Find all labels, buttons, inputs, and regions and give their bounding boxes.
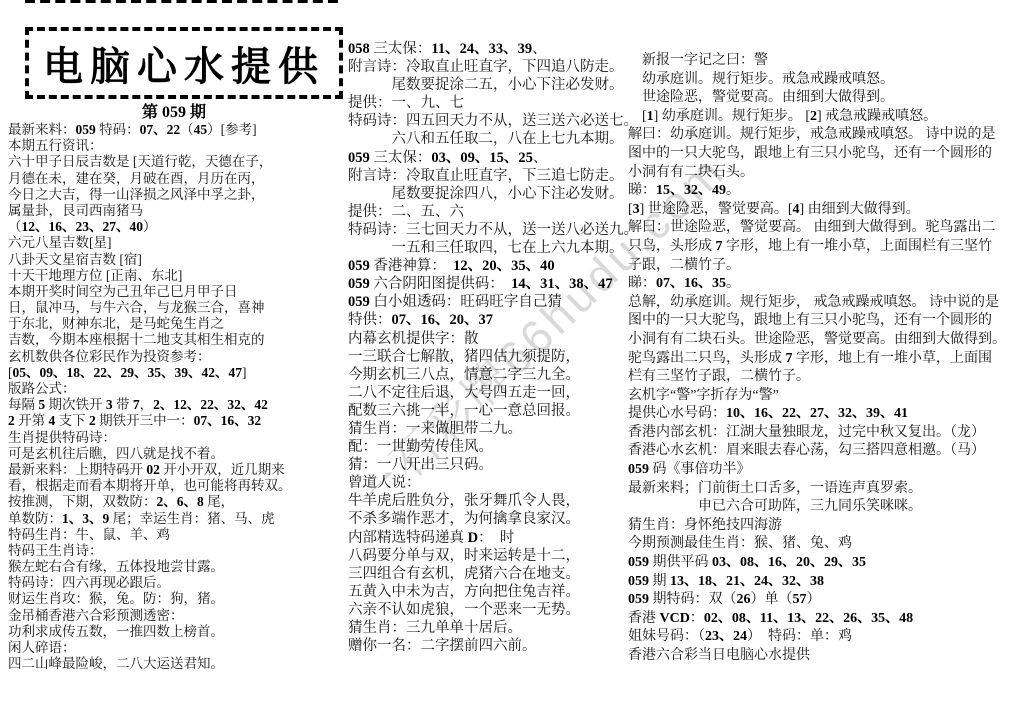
text-line: 小洞有有二块石头。 [628, 164, 1020, 183]
text-line: 六八和五任取二，八在上七九本期。 [348, 130, 638, 148]
text-line: 六十甲子日辰吉数是 [天道行乾，天德在子， [8, 154, 342, 170]
text-line: 属量卦，艮司西南猪马 [8, 203, 342, 219]
text-line: 只鸟，头形成 7 字形，地上有一堆小草，上面围栏有三坚竹 [628, 238, 1020, 257]
text-line: 按推测，下期，双数防：2、6、8 尾， [8, 494, 342, 510]
text-line: 总解，幼承庭训。规行矩步， 戒急戒躁戒嗔怒。 诗中说的是 [628, 294, 1020, 313]
text-line: 功利求成传五数，一推四数上榜首。 [8, 624, 342, 640]
text-line: 不杀多端作恶才，为何擒拿良家汉。 [348, 510, 638, 528]
text-line: 内部精选特码递真 D： 时 [348, 529, 638, 547]
text-line: 玄机字“警”字折存为“警” [628, 387, 1020, 406]
text-line: 可是玄机往后瞧，四八就是找不着。 [8, 446, 342, 462]
text-line: 栏有三坚竹子跟，二横竹子。 [628, 368, 1020, 387]
text-line: 牛羊虎后胜负分，张牙舞爪令人畏， [348, 492, 638, 510]
text-line: 2 开第 4 支下 2 期铁开三中一：07、16、32 [8, 413, 342, 429]
text-line: 六元八星吉数[星] [8, 235, 342, 251]
page: 电脑心水提供 第 059 期 一石彩牌66hudu.com 最新来料：059 特… [0, 0, 1024, 705]
text-line: 幼承庭训。规行矩步。戒急戒躁戒嗔怒。 [628, 71, 1020, 90]
middle-column: 058 三太保：11、24、33、39、附言诗：冷取直止旺直字，下四追八防走。 … [348, 40, 638, 655]
text-line: 解曰：幼承庭训。规行矩步，戒急戒躁戒嗔怒。 诗中说的是 [628, 126, 1020, 145]
text-line: 十天干地理方位 [正南、东北] [8, 268, 342, 284]
text-line: 最新来料：059 特码：07、22（45）[参考] [8, 122, 342, 138]
text-line: 提供心水号码：10、16、22、27、32、39、41 [628, 405, 1020, 424]
text-line: 财运生肖攻：猴，兔。防：狗，猪。 [8, 591, 342, 607]
text-line: 解曰：世途险恶，警觉要高。 由细到大做得到。驼鸟露出二 [628, 219, 1020, 238]
issue-label: 第 059 期 [8, 99, 340, 122]
text-line: 本期五行资讯： [8, 138, 342, 154]
text-line: 六亲不认如虎狼，一个恶来一无势。 [348, 601, 638, 619]
text-line: 猜：一八开出三只码。 [348, 456, 638, 474]
top-border-dash [25, 0, 338, 3]
text-line: 玄机数供各位彩民作为投资参考： [8, 349, 342, 365]
text-line: 尾数要捉涂二五，小心下注必发财。 [348, 76, 638, 94]
text-line: 059 期 13、18、21、24、32、38 [628, 573, 1020, 592]
text-line: 058 三太保：11、24、33、39、 [348, 40, 638, 58]
text-line: 姐妹号码：（23、24） 特码：单：鸡 [628, 628, 1020, 647]
text-line: 图中的一只大驼鸟，跟地上有三只小驼鸟，还有一个圆形的 [628, 145, 1020, 164]
text-line: 五黄入中未为吉，方向把住兔吉祥。 [348, 583, 638, 601]
text-line: 059 期供平码 03、08、16、20、29、35 [628, 554, 1020, 573]
text-line: 版路公式： [8, 381, 342, 397]
text-line: 一五和三任取四，七在上六九本期。 [348, 239, 638, 257]
text-line: 附言诗：冷取直止旺直字，下四追八防走。 [348, 58, 638, 76]
text-line: 月德在未，建在癸，月破在酉，月历在丙， [8, 171, 342, 187]
text-line: 尾数要捉涂四八，小心下注必发财。 [348, 185, 638, 203]
text-line: 今期预测最佳生肖：猴、猪、兔、鸡 [628, 535, 1020, 554]
page-title: 电脑心水提供 [43, 35, 325, 92]
text-line: 三四组合有玄机，虎猪六合在地支。 [348, 565, 638, 583]
text-line: 小洞有有二块石头。世途险恶，警觉要高。由细到大做得到。 [628, 331, 1020, 350]
text-line: 单数防：1、3、9 尾；幸运生肖：猪、马、虎 [8, 511, 342, 527]
text-line: 本期开奖时间空为己丑年己巳月甲子日 [8, 284, 342, 300]
text-line: 配：一世勤劳传佳风。 [348, 438, 638, 456]
text-line: 二八不定往后退，大号四五走一回， [348, 384, 638, 402]
text-line: [05、09、18、22、29、35、39、42、47] [8, 365, 342, 381]
text-line: 059 白小姐透码：旺码旺字自己猜 [348, 293, 638, 311]
text-line: 申已六合可助阵，三九同乐笑咪咪。 [628, 498, 1020, 517]
text-line: 金吊桶香港六合彩预测透密： [8, 608, 342, 624]
text-line: 特码诗：三七回天力不从，送一送八必送九。 [348, 221, 638, 239]
text-line: 新报一字记之曰：警 [628, 52, 1020, 71]
text-line: 猜生肖：身怀绝技四海游 [628, 517, 1020, 536]
text-line: 最新来料：上期特码开 02 开小开双，近几期来 [8, 462, 342, 478]
text-line: 内幕玄机提供字：散 [348, 330, 638, 348]
text-line: 猜生肖：一来做胆带二九。 [348, 420, 638, 438]
text-line: 059 香港神算： 12、20、35、40 [348, 257, 638, 275]
text-line: 今日之大吉，得一山泽损之风泽中孚之卦， [8, 187, 342, 203]
text-line: 子跟，二横竹子。 [628, 257, 1020, 276]
text-line: 睇：07、16、35。 [628, 275, 1020, 294]
text-line: 059 六合阴阳图提供码： 14、31、38、47 [348, 275, 638, 293]
text-line: 睇：15、32、49。 [628, 182, 1020, 201]
text-line: 特供：07、16、20、37 [348, 311, 638, 329]
text-line: 图中的一只大驼鸟，跟地上有三只小驼鸟，还有一个圆形的 [628, 312, 1020, 331]
text-line: 曾道人说： [348, 474, 638, 492]
text-line: 吉数，今期本座根据十二地支其相生相克的 [8, 332, 342, 348]
text-line: 最新来料；门前街土口舌多，一语连声真罗索。 [628, 480, 1020, 499]
text-line: [3] 世途险恶，警觉要高。[4] 由细到大做得到。 [628, 201, 1020, 220]
text-line: [1] 幼承庭训。规行矩步。 [2] 戒急戒躁戒嗔怒。 [628, 108, 1020, 127]
text-line: 附言诗：冷取直止旺直字，下三追七防走。 [348, 167, 638, 185]
text-line: 猜生肖：三九单单十居后。 [348, 619, 638, 637]
text-line: 特码王生肖诗： [8, 543, 342, 559]
text-line: 香港内部玄机：江湖大量独眼龙，过完中秋又复出。（龙） [628, 424, 1020, 443]
left-column: 最新来料：059 特码：07、22（45）[参考]本期五行资讯：六十甲子日辰吉数… [8, 122, 342, 672]
text-line: 配数三六挑一半，一心一意总回报。 [348, 402, 638, 420]
text-line: （12、16、23、27、40） [8, 219, 342, 235]
right-column: 新报一字记之曰：警 幼承庭训。规行矩步。戒急戒躁戒嗔怒。 世途险恶，警觉要高。由… [628, 52, 1020, 666]
text-line: 特码诗：四五回天力不从，送三送六必送七。 [348, 112, 638, 130]
text-line: 提供：二、五、六 [348, 203, 638, 221]
text-line: 世途险恶，警觉要高。由细到大做得到。 [628, 89, 1020, 108]
text-line: 四二山峰最险峻，二八大运送君知。 [8, 656, 342, 672]
text-line: 猴左蛇右合有缘，五体投地尝甘露。 [8, 559, 342, 575]
text-line: 每隔 5 期次铁开 3 带 7，2、12、22、32、42 [8, 397, 342, 413]
text-line: 日，鼠冲马，与牛六合，与龙猴三合，喜神 [8, 300, 342, 316]
text-line: 特码生肖：牛、鼠、羊、鸡 [8, 527, 342, 543]
text-line: 059 码《事倍功半》 [628, 461, 1020, 480]
text-line: 香港心水玄机：眉来眼去春心荡，勾三搭四意相邀。（马） [628, 442, 1020, 461]
text-line: 今期玄机三八点，情意二字三九全。 [348, 366, 638, 384]
text-line: 059 三太保：03、09、15、25、 [348, 149, 638, 167]
text-line: 特码诗：四六再现必跟后。 [8, 575, 342, 591]
text-line: 提供：一、九、七 [348, 94, 638, 112]
text-line: 香港六合彩当日电脑心水提供 [628, 647, 1020, 666]
text-line: 闲人碎语： [8, 640, 342, 656]
text-line: 看，根据走而看本期将开单，也可能将再转双。 [8, 478, 342, 494]
title-box: 电脑心水提供 [25, 27, 343, 99]
text-line: 赠你一名：二字摆前四六前。 [348, 637, 638, 655]
text-line: 一三联合七解散，猪四估九须提防， [348, 348, 638, 366]
text-line: 香港 VCD：02、08、11、13、22、26、35、48 [628, 610, 1020, 629]
text-line: 于东北，财神东北，是马蛇兔生肖之 [8, 316, 342, 332]
text-line: 八码要分单与双，时来运转是十二， [348, 547, 638, 565]
text-line: 驼鸟露出二只鸟，头形成 7 字形，地上有一堆小草，上面围 [628, 350, 1020, 369]
text-line: 八卦天文星宿吉数 [宿] [8, 252, 342, 268]
text-line: 059 期特码：双（26）单（57） [628, 591, 1020, 610]
text-line: 生肖提供特码诗： [8, 430, 342, 446]
